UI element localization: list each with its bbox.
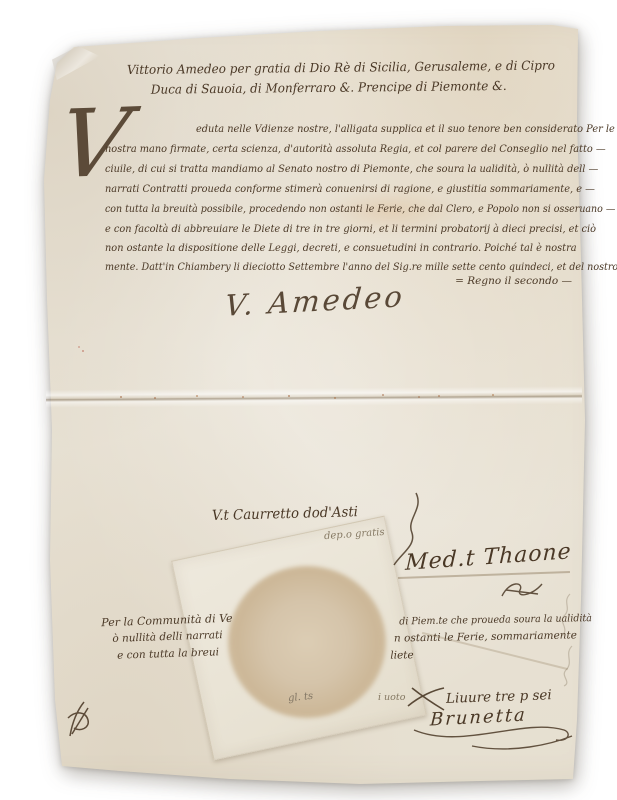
body-line: eduta nelle Vdienze nostre, l'alligata s… [196, 123, 617, 135]
verso-show-through [552, 592, 580, 688]
body-line: con tutta la breuità possibile, proceden… [105, 203, 615, 215]
notary-paraph-monogram [62, 700, 98, 744]
body-line: narrati Contratti proueda conforme stime… [105, 183, 595, 195]
docket-right-line: n ostanti le Ferie, sommariamente [390, 627, 576, 647]
fold-crease [46, 386, 582, 408]
treasurer-flourish [412, 716, 576, 756]
docket-right-block: di Piem.te che proueda soura la ualidità… [390, 610, 577, 664]
docket-right-line: di Piem.te che proueda soura la ualidità [390, 611, 567, 631]
body-line: nostra mano firmate, certa scienza, d'au… [105, 143, 606, 155]
body-line: e con facoltà di abbreuiare le Diete di … [105, 223, 596, 235]
fee-prefix: i uoto [378, 692, 405, 703]
docket-right-line: liete [390, 644, 576, 664]
body-line: non ostante la dispositione delle Leggi,… [105, 242, 577, 254]
document-photo: Vittorio Amedeo per gratia di Dio Rè di … [0, 0, 617, 800]
regnal-year-line: = Regno il secondo — [400, 275, 572, 287]
secretary-paraph [498, 574, 554, 604]
body-line: mente. Datt'in Chiambery li dieciotto Se… [105, 261, 617, 273]
foxing-spots [120, 396, 122, 398]
docket-left-block: Per la Communità di Ve ò nullità delli n… [69, 609, 266, 667]
body-line: ciuile, di cui si tratta mandiamo al Sen… [105, 163, 598, 175]
